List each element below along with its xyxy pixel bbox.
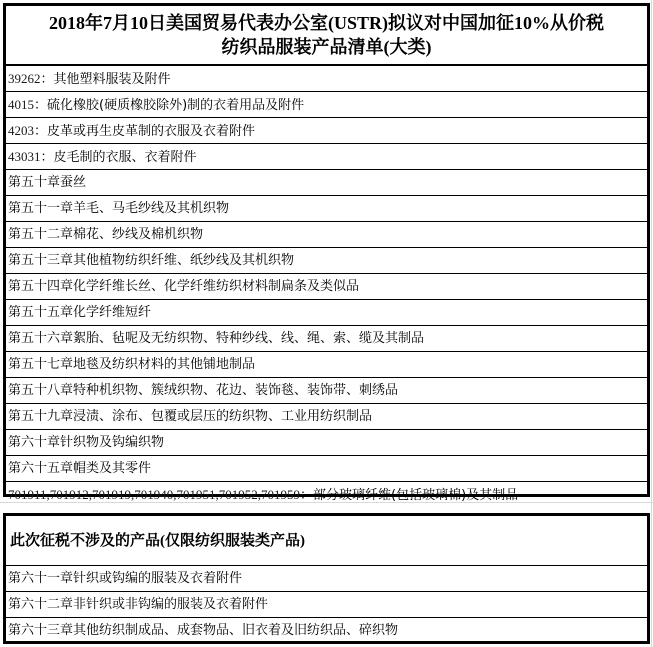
product-description: 第六十章针织物及钩编织物 xyxy=(8,435,164,450)
product-description: 第五十二章棉花、纱线及棉机织物 xyxy=(8,227,203,242)
table-row[interactable]: 第五十章蚕丝 xyxy=(6,170,647,196)
table-title: 2018年7月10日美国贸易代表办公室(USTR)拟议对中国加征10%从价税 纺… xyxy=(6,6,647,66)
code-separator: ： xyxy=(300,488,313,503)
product-description: 第五十七章地毯及纺织材料的其他铺地制品 xyxy=(8,357,255,372)
product-description: 第五十九章浸渍、涂布、包覆或层压的纺织物、工业用纺织制品 xyxy=(8,409,372,424)
table-row[interactable]: 第六十五章帽类及其零件 xyxy=(6,456,647,482)
table-row[interactable]: 第六十二章非针织或非钩编的服装及衣着附件 xyxy=(6,592,647,618)
table-title-line-2: 纺织品服装产品清单(大类) xyxy=(6,35,647,59)
table-row[interactable]: 第五十七章地毯及纺织材料的其他铺地制品 xyxy=(6,352,647,378)
table-row[interactable]: 4203：皮革或再生皮革制的衣服及衣着附件 xyxy=(6,118,647,144)
hs-code: 701911,701912,701919,701940,701951,70195… xyxy=(8,487,300,502)
code-separator: ： xyxy=(41,72,54,87)
tariff-product-list-table: 2018年7月10日美国贸易代表办公室(USTR)拟议对中国加征10%从价税 纺… xyxy=(3,3,650,497)
hs-code: 4203 xyxy=(8,123,34,138)
table-row[interactable]: 4015：硫化橡胶(硬质橡胶除外)制的衣着用品及附件 xyxy=(6,92,647,118)
product-description: 第五十四章化学纤维长丝、化学纤维纺织材料制扁条及类似品 xyxy=(8,279,359,294)
table-row[interactable]: 第六十三章其他纺织制成品、成套物品、旧衣着及旧纺织品、碎织物 xyxy=(6,618,647,644)
table-row[interactable]: 第五十六章絮胎、毡呢及无纺织物、特种纱线、线、绳、索、缆及其制品 xyxy=(6,326,647,352)
product-description: 第五十八章特种机织物、簇绒织物、花边、装饰毯、装饰带、刺绣品 xyxy=(8,383,398,398)
table-row[interactable]: 第六十一章针织或钩编的服装及衣着附件 xyxy=(6,566,647,592)
product-description: 第五十三章其他植物纺织纤维、纸纱线及其机织物 xyxy=(8,253,294,268)
product-description: 硫化橡胶(硬质橡胶除外)制的衣着用品及附件 xyxy=(47,98,304,113)
table-row[interactable]: 43031：皮毛制的衣服、衣着附件 xyxy=(6,144,647,170)
table-row[interactable]: 第五十四章化学纤维长丝、化学纤维纺织材料制扁条及类似品 xyxy=(6,274,647,300)
product-description: 第六十一章针织或钩编的服装及衣着附件 xyxy=(8,571,242,586)
product-description: 第五十一章羊毛、马毛纱线及其机织物 xyxy=(8,201,229,216)
table-row[interactable]: 39262：其他塑料服装及附件 xyxy=(6,66,647,92)
table-row[interactable]: 第五十二章棉花、纱线及棉机织物 xyxy=(6,222,647,248)
table-title-line-1: 2018年7月10日美国贸易代表办公室(USTR)拟议对中国加征10%从价税 xyxy=(6,11,647,35)
table-row[interactable]: 第六十章针织物及钩编织物 xyxy=(6,430,647,456)
hs-code: 39262 xyxy=(8,71,41,86)
excluded-products-table: 此次征税不涉及的产品(仅限纺织服装类产品) 第六十一章针织或钩编的服装及衣着附件… xyxy=(3,513,650,644)
table-row[interactable]: 第五十八章特种机织物、簇绒织物、花边、装饰毯、装饰带、刺绣品 xyxy=(6,378,647,404)
product-description: 第五十章蚕丝 xyxy=(8,175,86,190)
hs-code: 43031 xyxy=(8,149,41,164)
hs-code: 4015 xyxy=(8,97,34,112)
code-separator: ： xyxy=(34,98,47,113)
product-description: 第六十三章其他纺织制成品、成套物品、旧衣着及旧纺织品、碎织物 xyxy=(8,623,398,638)
product-description: 第六十五章帽类及其零件 xyxy=(8,461,151,476)
product-description: 其他塑料服装及附件 xyxy=(54,72,171,87)
table-row[interactable]: 第五十九章浸渍、涂布、包覆或层压的纺织物、工业用纺织制品 xyxy=(6,404,647,430)
table-row[interactable]: 701911,701912,701919,701940,701951,70195… xyxy=(6,482,647,508)
table-row[interactable]: 第五十五章化学纤维短纤 xyxy=(6,300,647,326)
excluded-section-title: 此次征税不涉及的产品(仅限纺织服装类产品) xyxy=(6,516,647,566)
product-description: 皮毛制的衣服、衣着附件 xyxy=(54,150,197,165)
code-separator: ： xyxy=(41,150,54,165)
product-description: 第六十二章非针织或非钩编的服装及衣着附件 xyxy=(8,597,268,612)
code-separator: ： xyxy=(34,124,47,139)
table-row[interactable]: 第五十一章羊毛、马毛纱线及其机织物 xyxy=(6,196,647,222)
sheet-gridline xyxy=(651,0,652,647)
product-description: 第五十六章絮胎、毡呢及无纺织物、特种纱线、线、绳、索、缆及其制品 xyxy=(8,331,424,346)
table-row[interactable]: 第五十三章其他植物纺织纤维、纸纱线及其机织物 xyxy=(6,248,647,274)
product-description: 皮革或再生皮革制的衣服及衣着附件 xyxy=(47,124,255,139)
product-description: 第五十五章化学纤维短纤 xyxy=(8,305,151,320)
product-description: 部分玻璃纤维(包括玻璃棉)及其制品 xyxy=(313,488,518,503)
